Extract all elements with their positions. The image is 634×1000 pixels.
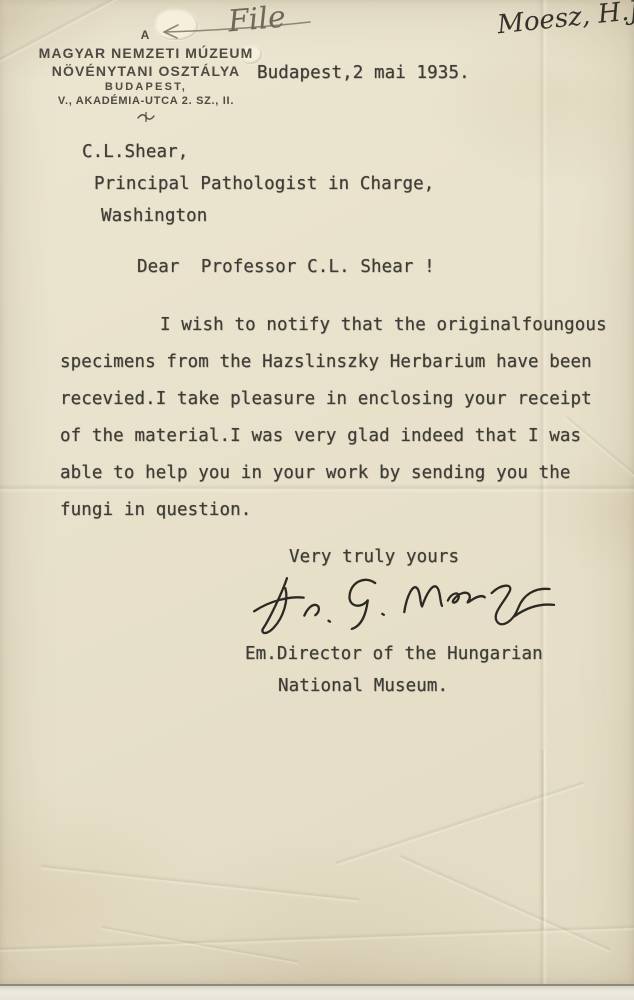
- scanned-letter: A MAGYAR NEMZETI MÚZEUM NÖVÉNYTANI OSZTÁ…: [0, 0, 634, 1000]
- body-line: specimens from the Hazslinszky Herbarium…: [60, 351, 592, 373]
- recipient-title: Principal Pathologist in Charge,: [94, 173, 434, 195]
- body-line: recevied.I take pleasure in enclosing yo…: [60, 388, 592, 410]
- body-line: of the material.I was very glad indeed t…: [60, 425, 581, 447]
- scan-bottom-edge: [0, 986, 634, 1000]
- crease-line: [0, 924, 634, 953]
- crease-line: [540, 750, 547, 930]
- signer-title-line2: National Museum.: [278, 675, 448, 697]
- crease-line: [0, 484, 634, 493]
- letterhead-department: NÖVÉNYTANI OSZTÁLYA: [36, 63, 256, 79]
- archive-handwriting-note: Moesz, H.J: [496, 0, 634, 40]
- recipient-location: Washington: [101, 205, 207, 227]
- crease-line: [538, 0, 548, 984]
- crease-line: [101, 925, 299, 966]
- dateline: Budapest,2 mai 1935.: [257, 62, 470, 84]
- letterhead-organization: MAGYAR NEMZETI MÚZEUM: [36, 45, 256, 61]
- body-line: I wish to notify that the originalfoungo…: [160, 314, 607, 336]
- salutation: Dear Professor C.L. Shear !: [137, 256, 435, 278]
- crease-line: [335, 780, 584, 867]
- letterhead-prefix: A: [36, 28, 256, 42]
- letterhead: A MAGYAR NEMZETI MÚZEUM NÖVÉNYTANI OSZTÁ…: [36, 28, 256, 128]
- file-handwriting-note: File: [227, 0, 288, 39]
- recipient-name: C.L.Shear,: [82, 141, 188, 163]
- letterhead-city: BUDAPEST,: [36, 81, 256, 93]
- signature-handwriting: [251, 561, 564, 650]
- letterhead-ornament-icon: [36, 110, 256, 128]
- signer-title-line1: Em.Director of the Hungarian: [245, 643, 543, 665]
- letterhead-address: V., AKADÉMIA-UTCA 2. SZ., II.: [36, 95, 256, 107]
- body-line: fungi in question.: [60, 499, 251, 521]
- crease-line: [41, 863, 360, 903]
- crease-line: [399, 854, 612, 954]
- body-line: able to help you in your work by sending…: [60, 462, 571, 484]
- paper: A MAGYAR NEMZETI MÚZEUM NÖVÉNYTANI OSZTÁ…: [0, 0, 634, 986]
